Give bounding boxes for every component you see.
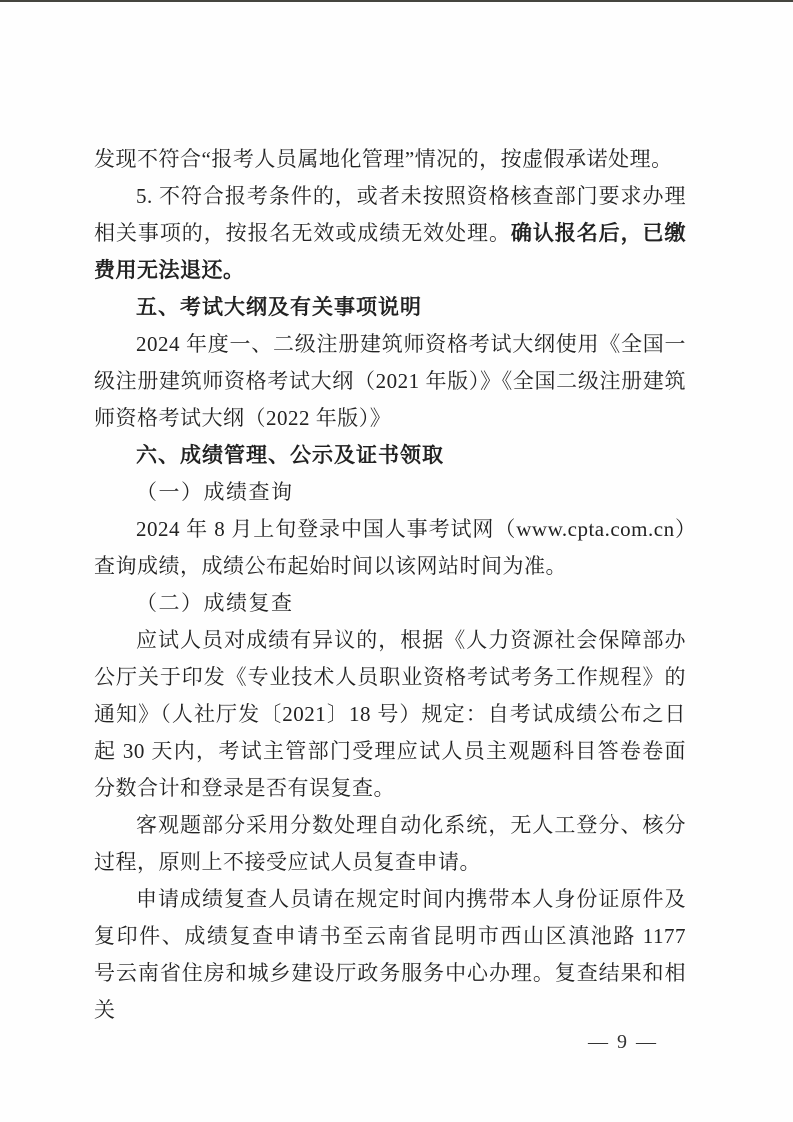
paragraph-review-rule: 应试人员对成绩有异议的，根据《人力资源社会保障部办公厅关于印发《专业技术人员职业… bbox=[94, 622, 686, 807]
paragraph-objective-note: 客观题部分采用分数处理自动化系统，无人工登分、核分过程，原则上不接受应试人员复查… bbox=[94, 807, 686, 881]
paragraph-exam-outline: 2024 年度一、二级注册建筑师资格考试大纲使用《全国一级注册建筑师资格考试大纲… bbox=[94, 326, 686, 437]
section-heading-5-exam-outline: 五、考试大纲及有关事项说明 bbox=[94, 289, 686, 326]
paragraph-item5: 5. 不符合报考条件的，或者未按照资格核查部门要求办理相关事项的，按报名无效或成… bbox=[94, 178, 686, 289]
document-body: 发现不符合“报考人员属地化管理”情况的，按虚假承诺处理。 5. 不符合报考条件的… bbox=[94, 141, 686, 1029]
document-page: 发现不符合“报考人员属地化管理”情况的，按虚假承诺处理。 5. 不符合报考条件的… bbox=[0, 0, 793, 1122]
section-heading-6-score-management: 六、成绩管理、公示及证书领取 bbox=[94, 437, 686, 474]
page-number: — 9 — bbox=[588, 1031, 658, 1054]
sub-heading-1-score-query: （一）成绩查询 bbox=[94, 474, 686, 511]
paragraph-continuation: 发现不符合“报考人员属地化管理”情况的，按虚假承诺处理。 bbox=[94, 141, 686, 178]
sub-heading-2-score-review: （二）成绩复查 bbox=[94, 585, 686, 622]
scan-artifact-top-edge bbox=[0, 0, 793, 2]
paragraph-score-query: 2024 年 8 月上旬登录中国人事考试网（www.cpta.com.cn）查询… bbox=[94, 511, 686, 585]
paragraph-apply-info: 申请成绩复查人员请在规定时间内携带本人身份证原件及复印件、成绩复查申请书至云南省… bbox=[94, 881, 686, 1029]
